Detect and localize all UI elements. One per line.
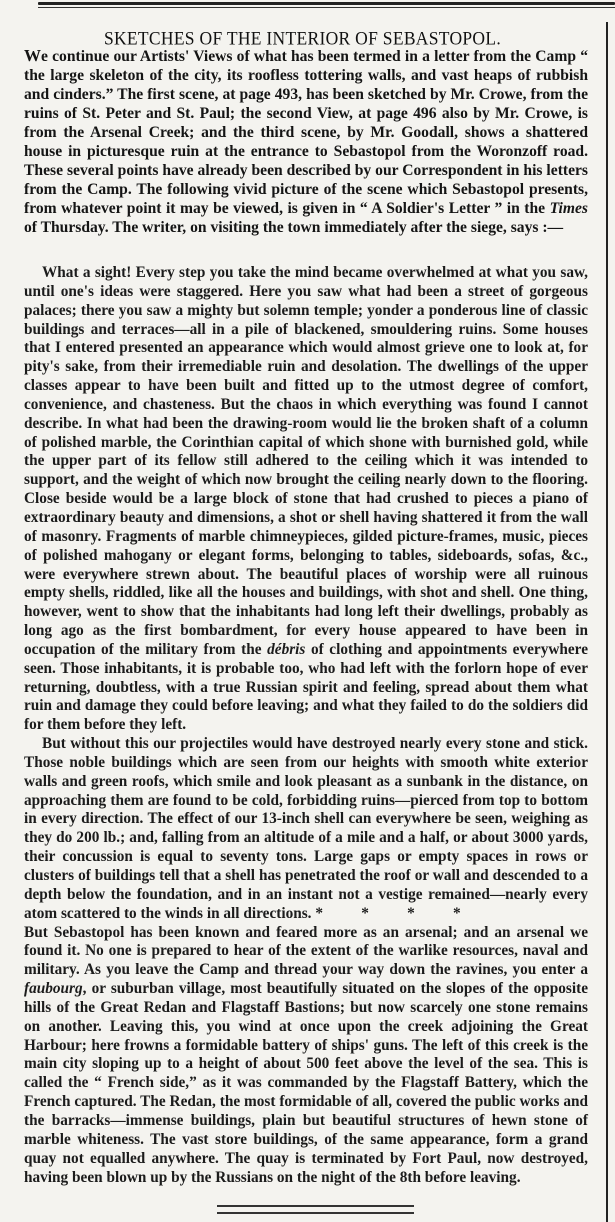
quote-text: But Sebastopol has been known and feared… (24, 924, 588, 979)
quote-paragraph-3: But Sebastopol has been known and feared… (24, 924, 588, 1188)
end-rule-top (217, 1205, 414, 1207)
top-border-rule-thin (38, 7, 615, 8)
intro-text: We continue our Artists' Views of what h… (24, 48, 588, 217)
quoted-letter: What a sight! Every step you take the mi… (24, 264, 588, 1187)
article-intro: We continue our Artists' Views of what h… (24, 46, 588, 237)
section-break-asterisks: * * * * (315, 905, 460, 922)
quote-paragraph-1: What a sight! Every step you take the mi… (24, 264, 588, 735)
quote-text: , or suburban village, most beautifully … (24, 980, 588, 1185)
intro-text-end: of Thursday. The writer, on visiting the… (24, 219, 563, 236)
column-rule (606, 22, 608, 1222)
newspaper-name: Times (550, 200, 588, 217)
top-border-rule (38, 2, 615, 5)
italic-term: débris (267, 641, 305, 658)
quote-paragraph-2: But without this our projectiles would h… (24, 735, 588, 923)
intro-paragraph: We continue our Artists' Views of what h… (24, 46, 588, 237)
end-rule-bottom (217, 1212, 414, 1214)
quote-text: But without this our projectiles would h… (24, 735, 588, 922)
quote-text: What a sight! Every step you take the mi… (24, 264, 588, 658)
italic-term: faubourg (24, 980, 83, 997)
